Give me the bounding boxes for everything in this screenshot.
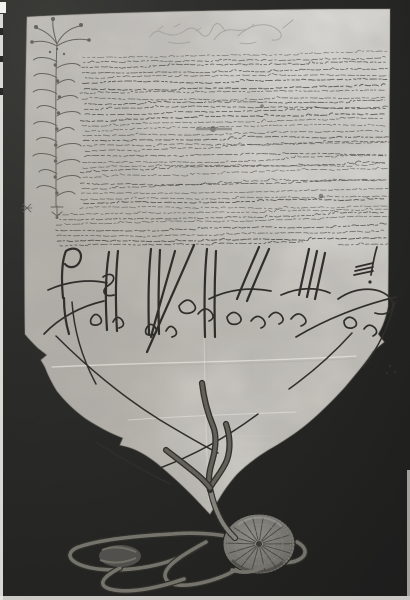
charter-photo-canvas (0, 0, 410, 600)
film-grain-overlay (0, 0, 410, 600)
charter-photograph (0, 0, 410, 600)
